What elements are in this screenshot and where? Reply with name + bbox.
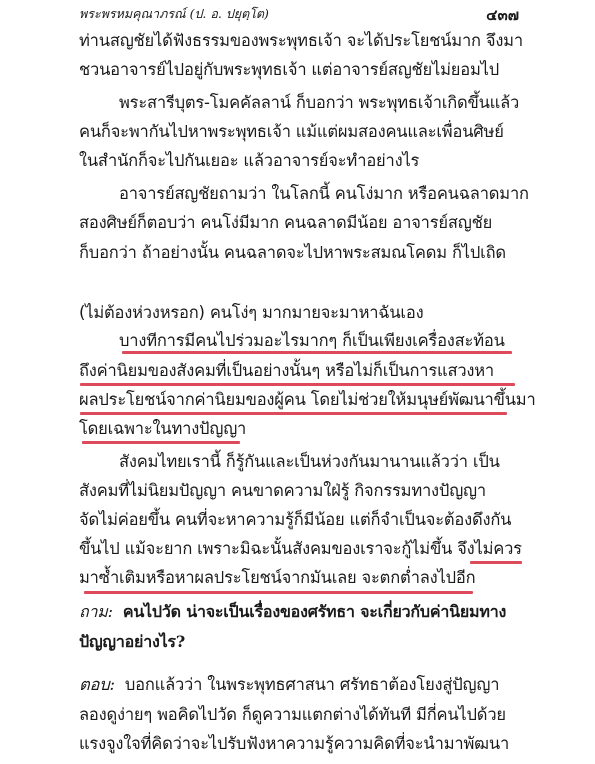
answer-text: บอกแล้วว่า ในพระพุทธศาสนา ศรัทธาต้องโยงส… [125, 675, 499, 694]
running-header: พระพรหมคุณาภรณ์ (ป. อ. ปยุตฺโต) ๔๓๗ [79, 4, 519, 26]
text-line: ขึ้นไป แม้จะยาก เพราะมิฉะนั้นสังคมของเรา… [79, 534, 521, 563]
red-underline-mark [82, 441, 240, 444]
text-line: สังคมไทยเรานี้ ก็รู้กันและเป็นห่วงกันมาน… [119, 447, 521, 476]
highlighted-text-line: โดยเฉพาะในทางปัญญา [79, 414, 521, 443]
answer-label: ตอบ: [79, 675, 115, 694]
book-page: พระพรหมคุณาภรณ์ (ป. อ. ปยุตฺโต) ๔๓๗ ท่าน… [0, 0, 595, 764]
question-line: ถาม:คนไปวัด น่าจะเป็นเรื่องของศรัทธา จะเ… [79, 597, 521, 626]
text-line: ก็บอกว่า ถ้าอย่างนั้น คนฉลาดจะไปหาพระสมณ… [79, 238, 521, 267]
answer-line: ตอบ:บอกแล้วว่า ในพระพุทธศาสนา ศรัทธาต้อง… [79, 670, 521, 699]
text-line: ในสำนักก็จะไปกันเยอะ แล้วอาจารย์จะทำอย่า… [79, 146, 521, 175]
text-line: ชวนอาจารย์ไปอยู่กับพระพุทธเจ้า แต่อาจารย… [79, 55, 521, 84]
red-underline-mark [84, 591, 473, 594]
text-line: ท่านสญชัยได้ฟังธรรมของพระพุทธเจ้า จะได้ป… [79, 26, 521, 55]
text-line: คนก็จะพากันไปหาพระพุทธเจ้า แม้แต่ผมสองคน… [79, 117, 521, 146]
text-line: มาซ้ำเติมหรือหาผลประโยชน์จากมันเลย จะตกต… [79, 563, 521, 592]
red-underline-mark [122, 351, 512, 354]
text-line: (ไม่ต้องห่วงหรอก) คนโง่ๆ มากมายจะมาหาฉัน… [79, 298, 521, 327]
text-line: อาจารย์สญชัยถามว่า ในโลกนี้ คนโง่มาก หรื… [119, 179, 521, 208]
answer-line: แรงจูงใจที่คิดว่าจะไปรับฟังหาความรู้ความ… [79, 729, 521, 758]
question-label: ถาม: [79, 602, 113, 621]
answer-line: ลองดูง่ายๆ พอคิดไปวัด ก็ดูความแตกต่างได้… [79, 700, 521, 729]
page-number: ๔๓๗ [486, 3, 519, 27]
question-text: คนไปวัด น่าจะเป็นเรื่องของศรัทธา จะเกี่ย… [123, 602, 506, 621]
text-line: จัดไม่ค่อยขึ้น คนที่จะหาความรู้ก็มีน้อย … [79, 505, 521, 534]
text-line: พระสารีบุตร-โมคคัลลาน์ ก็บอกว่า พระพุทธเ… [119, 88, 521, 117]
text-line: สองศิษย์ก็ตอบว่า คนโง่มีมาก คนฉลาดมีน้อย… [79, 208, 521, 237]
book-author-title: พระพรหมคุณาภรณ์ (ป. อ. ปยุตฺโต) [79, 6, 269, 21]
question-line: ปัญญาอย่างไร? [79, 627, 521, 656]
highlighted-text-line: ผลประโยชน์จากค่านิยมของผู้คน โดยไม่ช่วยใ… [79, 385, 521, 414]
highlighted-text-line: ถึงค่านิยมของสังคมที่เป็นอย่างนั้นๆ หรือ… [79, 356, 521, 385]
text-line: สังคมที่ไม่นิยมปัญญา คนขาดความใฝ่รู้ กิจ… [79, 476, 521, 505]
